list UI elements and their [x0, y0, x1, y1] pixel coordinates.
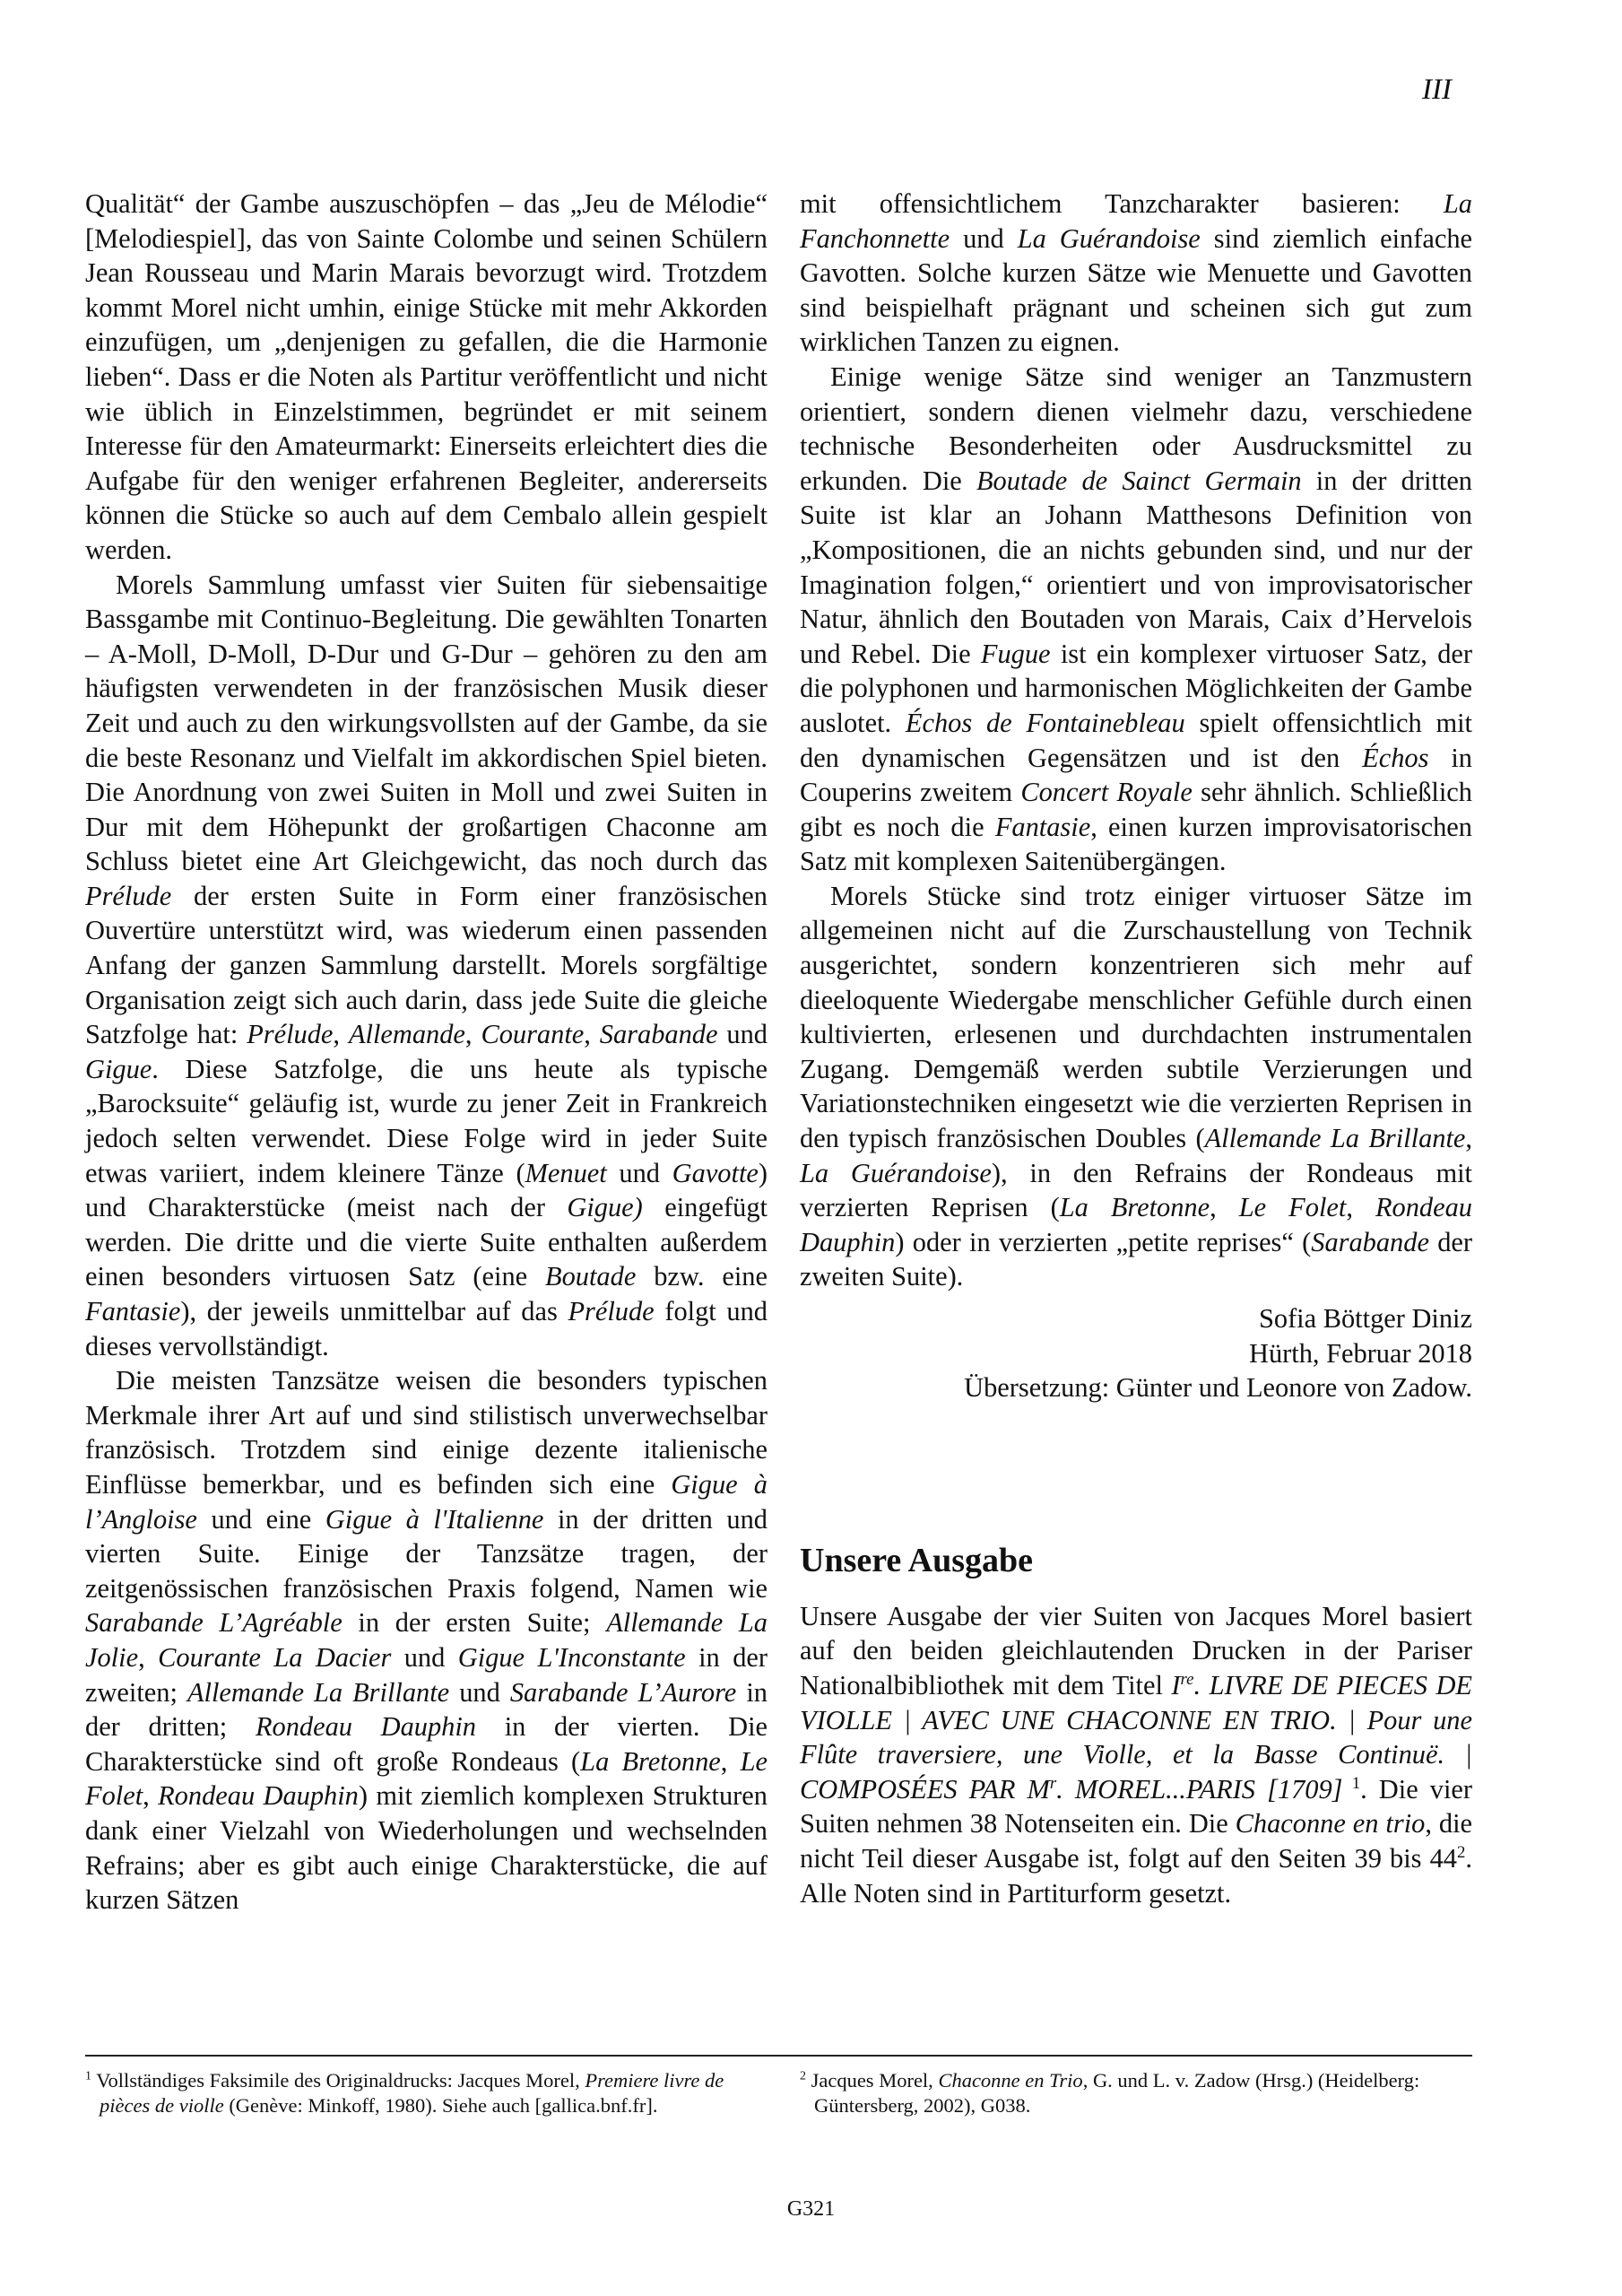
text-run: ,	[465, 1019, 481, 1049]
italic-text: Gavotte	[672, 1158, 759, 1188]
text-run: und	[950, 223, 1018, 254]
text-run: Morels Stücke sind trotz einiger virtuos…	[800, 881, 1472, 1153]
italic-text: La Guérandoise	[1018, 223, 1201, 254]
left-column-paragraphs: Qualität“ der Gambe auszuschöpfen – das …	[85, 187, 768, 1918]
italic-text: Rondeau Dauphin	[256, 1711, 476, 1742]
italic-text: . MOREL...PARIS [1709]	[1056, 1774, 1342, 1805]
italic-text: Courante La Dacier	[158, 1642, 391, 1673]
italic-text: I	[1171, 1670, 1180, 1700]
italic-text: Échos de Fontainebleau	[906, 708, 1185, 738]
body-paragraph: Qualität“ der Gambe auszuschöpfen – das …	[85, 187, 768, 568]
italic-text: Chaconne en trio	[1236, 1808, 1426, 1839]
italic-text: Allemande	[349, 1019, 465, 1049]
italic-text: Sarabande	[1311, 1227, 1429, 1257]
text-run: mit offensichtlichem Tanzcharakter basie…	[800, 188, 1444, 219]
superscript: 1	[1343, 1774, 1361, 1793]
text-run: und eine	[197, 1504, 325, 1535]
text-run: Jacques Morel,	[811, 2069, 939, 2092]
right-column-paragraphs: mit offensichtlichem Tanzcharakter basie…	[800, 187, 1472, 1294]
italic-text: Fantasie	[995, 812, 1090, 842]
italic-text: Prélude	[85, 881, 171, 911]
italic-text: La Bretonne	[1060, 1192, 1210, 1222]
signature-translation-credit: Übersetzung: Günter und Leonore von Zado…	[800, 1370, 1472, 1405]
text-run: in der ersten Suite;	[343, 1607, 607, 1638]
footnote-1: 1 Vollständiges Faksimile des Originaldr…	[85, 2068, 776, 2118]
italic-text: Courante	[481, 1019, 584, 1049]
italic-text: Fugue	[981, 639, 1051, 669]
signature-place-date: Hürth, Februar 2018	[800, 1336, 1472, 1371]
italic-text: Échos	[1362, 743, 1428, 773]
italic-text: Menuet	[525, 1158, 607, 1188]
italic-text: Prélude	[568, 1296, 654, 1326]
text-run: ,	[1210, 1192, 1239, 1222]
italic-text: Boutade	[545, 1261, 636, 1291]
text-run: ) oder in verzierten „petite reprises“ (	[895, 1227, 1311, 1257]
text-run: Qualität“ der Gambe auszuschöpfen – das …	[85, 188, 768, 565]
superscript: re	[1181, 1670, 1194, 1689]
footnote-separator-rule	[85, 2055, 1472, 2057]
text-run: (Genève: Minkoff, 1980). Siehe auch [gal…	[224, 2094, 658, 2117]
text-run: ,	[143, 1780, 158, 1811]
italic-text: Allemande La Brillante	[187, 1677, 449, 1708]
footnote-number: 1	[85, 2070, 91, 2083]
italic-text: Concert Royale	[1020, 777, 1193, 807]
italic-text: Sarabande L’Aurore	[510, 1677, 736, 1708]
section-paragraphs: Unsere Ausgabe der vier Suiten von Jacqu…	[800, 1599, 1472, 1910]
text-run: ,	[584, 1019, 600, 1049]
text-run: ,	[1465, 1123, 1472, 1153]
signature-author: Sofia Böttger Diniz	[800, 1301, 1472, 1336]
italic-text: Gigue	[85, 1054, 152, 1084]
text-run: ,	[138, 1642, 158, 1673]
italic-text: Gigue L'Inconstante	[458, 1642, 686, 1673]
italic-text: Boutade de Sainct Germain	[976, 465, 1302, 496]
italic-text: La Bretonne	[580, 1746, 721, 1777]
left-text-column: Qualität“ der Gambe auszuschöpfen – das …	[85, 187, 768, 1918]
page-number: G321	[0, 2197, 1622, 2222]
right-text-column: mit offensichtlichem Tanzcharakter basie…	[800, 187, 1472, 1910]
italic-text: Fantasie	[85, 1296, 180, 1326]
body-paragraph: mit offensichtlichem Tanzcharakter basie…	[800, 187, 1472, 360]
body-paragraph: Unsere Ausgabe der vier Suiten von Jacqu…	[800, 1599, 1472, 1910]
italic-text: Allemande La Brillante	[1205, 1123, 1466, 1153]
italic-text: Gigue à l'Italienne	[325, 1504, 544, 1535]
text-run: und	[449, 1677, 510, 1708]
italic-text: Chaconne en Trio	[938, 2069, 1082, 2092]
body-paragraph: Morels Sammlung umfasst vier Suiten für …	[85, 568, 768, 1364]
text-run: und	[717, 1019, 768, 1049]
text-run: und	[607, 1158, 672, 1188]
running-head-page-roman: III	[1422, 75, 1452, 105]
author-signature: Sofia Böttger Diniz Hürth, Februar 2018 …	[800, 1301, 1472, 1405]
footnote-number: 2	[800, 2070, 806, 2083]
text-run: Morels Sammlung umfasst vier Suiten für …	[85, 570, 768, 877]
italic-text: Gigue)	[567, 1192, 642, 1222]
italic-text: Rondeau Dauphin	[158, 1780, 359, 1811]
italic-text: Sarabande L’Agréable	[85, 1607, 343, 1638]
text-run: und	[391, 1642, 457, 1673]
text-run: ,	[721, 1746, 741, 1777]
footnote-2: 2 Jacques Morel, Chaconne en Trio, G. un…	[800, 2068, 1472, 2118]
section-heading-unsere-ausgabe: Unsere Ausgabe	[800, 1540, 1472, 1581]
body-paragraph: Die meisten Tanzsätze weisen die besonde…	[85, 1363, 768, 1918]
text-run: bzw. eine	[636, 1261, 768, 1291]
italic-text: Prélude	[247, 1019, 333, 1049]
italic-text: Sarabande	[600, 1019, 718, 1049]
italic-text: La Guérandoise	[800, 1158, 992, 1188]
text-run: ), der jeweils unmittelbar auf das	[180, 1296, 568, 1326]
text-run: ,	[1346, 1192, 1375, 1222]
body-paragraph: Morels Stücke sind trotz einiger virtuos…	[800, 879, 1472, 1294]
text-run: Vollständiges Faksimile des Originaldruc…	[96, 2069, 585, 2092]
body-paragraph: Einige wenige Sätze sind weniger an Tanz…	[800, 360, 1472, 879]
superscript: 2	[1457, 1843, 1465, 1862]
footnotes-left: 1 Vollständiges Faksimile des Originaldr…	[85, 2068, 776, 2118]
text-run: ,	[333, 1019, 349, 1049]
italic-text: Le Folet	[1239, 1192, 1347, 1222]
footnotes-right: 2 Jacques Morel, Chaconne en Trio, G. un…	[800, 2068, 1472, 2118]
text-run: Die meisten Tanzsätze weisen die besonde…	[85, 1365, 768, 1500]
